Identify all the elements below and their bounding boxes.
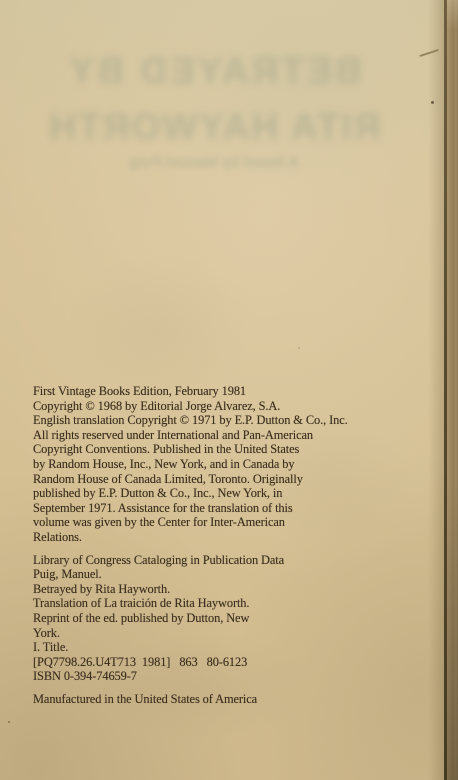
paper-speck <box>8 721 10 723</box>
text-line: ISBN 0-394-74659-7 <box>33 669 405 684</box>
text-line: Puig, Manuel. <box>33 567 405 582</box>
page-edge-band <box>447 0 458 780</box>
paper-speck <box>431 101 434 104</box>
text-line: Random House of Canada Limited, Toronto.… <box>33 472 405 487</box>
bleedthrough-title-line-1: BETRAYED BY <box>10 50 418 92</box>
bleedthrough-title-line-2: RITA HAYWORTH <box>10 106 418 148</box>
text-line: York. <box>33 626 405 641</box>
manufacture-paragraph: Manufactured in the United States of Ame… <box>33 692 405 707</box>
text-line: All rights reserved under International … <box>33 428 405 443</box>
text-line: English translation Copyright © 1971 by … <box>33 413 405 428</box>
text-line: by Random House, Inc., New York, and in … <box>33 457 405 472</box>
cataloging-data-paragraph: Library of Congress Cataloging in Public… <box>33 553 405 684</box>
text-line: volume was given by the Center for Inter… <box>33 515 405 530</box>
text-line: Copyright © 1968 by Editorial Jorge Alva… <box>33 399 405 414</box>
text-line: Reprint of the ed. published by Dutton, … <box>33 611 405 626</box>
bleedthrough-byline: A Novel by Manuel Puig <box>10 154 418 171</box>
copyright-notice-paragraph: First Vintage Books Edition, February 19… <box>33 384 405 545</box>
page-edge-shadow <box>428 0 444 780</box>
text-line: [PQ7798.26.U4T713 1981] 863 80-6123 <box>33 655 405 670</box>
text-line: September 1971. Assistance for the trans… <box>33 501 405 516</box>
text-line: Relations. <box>33 530 405 545</box>
text-line: First Vintage Books Edition, February 19… <box>33 384 405 399</box>
text-line: Translation of La traición de Rita Haywo… <box>33 596 405 611</box>
text-line: published by E.P. Dutton & Co., Inc., Ne… <box>33 486 405 501</box>
text-line: I. Title. <box>33 640 405 655</box>
copyright-text-block: First Vintage Books Edition, February 19… <box>33 384 405 706</box>
paper-speck <box>298 347 300 349</box>
scanned-book-page: BETRAYED BY RITA HAYWORTH A Novel by Man… <box>0 0 458 780</box>
text-line: Copyright Conventions. Published in the … <box>33 442 405 457</box>
text-line: Library of Congress Cataloging in Public… <box>33 553 405 568</box>
text-line: Manufactured in the United States of Ame… <box>33 692 405 707</box>
text-line: Betrayed by Rita Hayworth. <box>33 582 405 597</box>
